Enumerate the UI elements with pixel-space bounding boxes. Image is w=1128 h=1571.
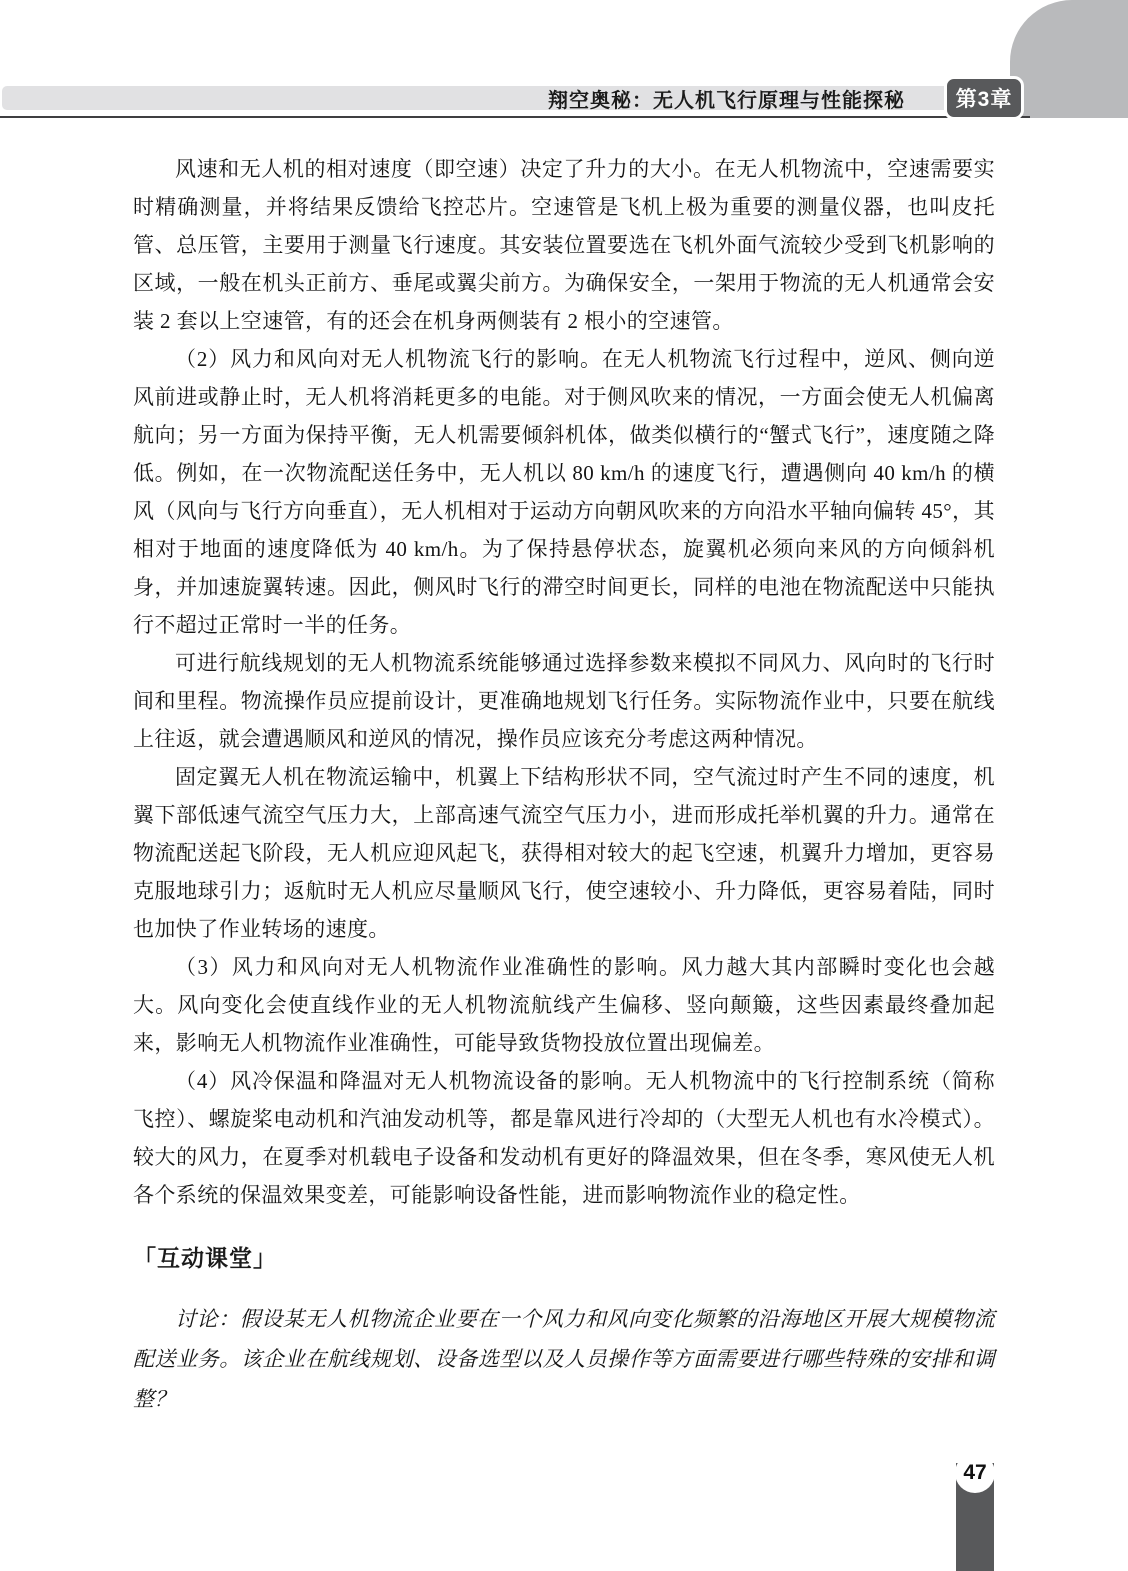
paragraph-fixed-wing-lift: 固定翼无人机在物流运输中，机翼上下结构形状不同，空气流过时产生不同的速度，机翼下… bbox=[133, 758, 995, 948]
header-rule bbox=[0, 116, 1030, 118]
paragraph-route-planning: 可进行航线规划的无人机物流系统能够通过选择参数来模拟不同风力、风向时的飞行时间和… bbox=[133, 644, 995, 758]
paragraph-airspeed-measurement: 风速和无人机的相对速度（即空速）决定了升力的大小。在无人机物流中，空速需要实时精… bbox=[133, 150, 995, 340]
discussion-prompt: 讨论：假设某无人机物流企业要在一个风力和风向变化频繁的沿海地区开展大规模物流配送… bbox=[133, 1299, 995, 1419]
page-number-badge: 47 bbox=[955, 1453, 995, 1493]
running-head-title: 翔空奥秘：无人机飞行原理与性能探秘 bbox=[548, 84, 905, 113]
page-number: 47 bbox=[963, 1461, 986, 1485]
paragraph-wind-effect-accuracy: （3）风力和风向对无人机物流作业准确性的影响。风力越大其内部瞬时变化也会越大。风… bbox=[133, 948, 995, 1062]
chapter-badge: 第3章 bbox=[944, 76, 1024, 120]
section-heading-interactive-classroom: 「互动课堂」 bbox=[133, 1240, 995, 1273]
chapter-badge-label: 第3章 bbox=[956, 83, 1013, 113]
book-page: 翔空奥秘：无人机飞行原理与性能探秘 第3章 风速和无人机的相对速度（即空速）决定… bbox=[0, 0, 1128, 1571]
paragraph-wind-cooling-insulation: （4）风冷保温和降温对无人机物流设备的影响。无人机物流中的飞行控制系统（简称飞控… bbox=[133, 1062, 995, 1214]
page-content: 风速和无人机的相对速度（即空速）决定了升力的大小。在无人机物流中，空速需要实时精… bbox=[133, 150, 995, 1419]
paragraph-wind-effect-flight: （2）风力和风向对无人机物流飞行的影响。在无人机物流飞行过程中，逆风、侧向逆风前… bbox=[133, 340, 995, 644]
corner-decoration bbox=[1010, 0, 1128, 118]
running-head-bar: 翔空奥秘：无人机飞行原理与性能探秘 bbox=[2, 86, 1005, 110]
